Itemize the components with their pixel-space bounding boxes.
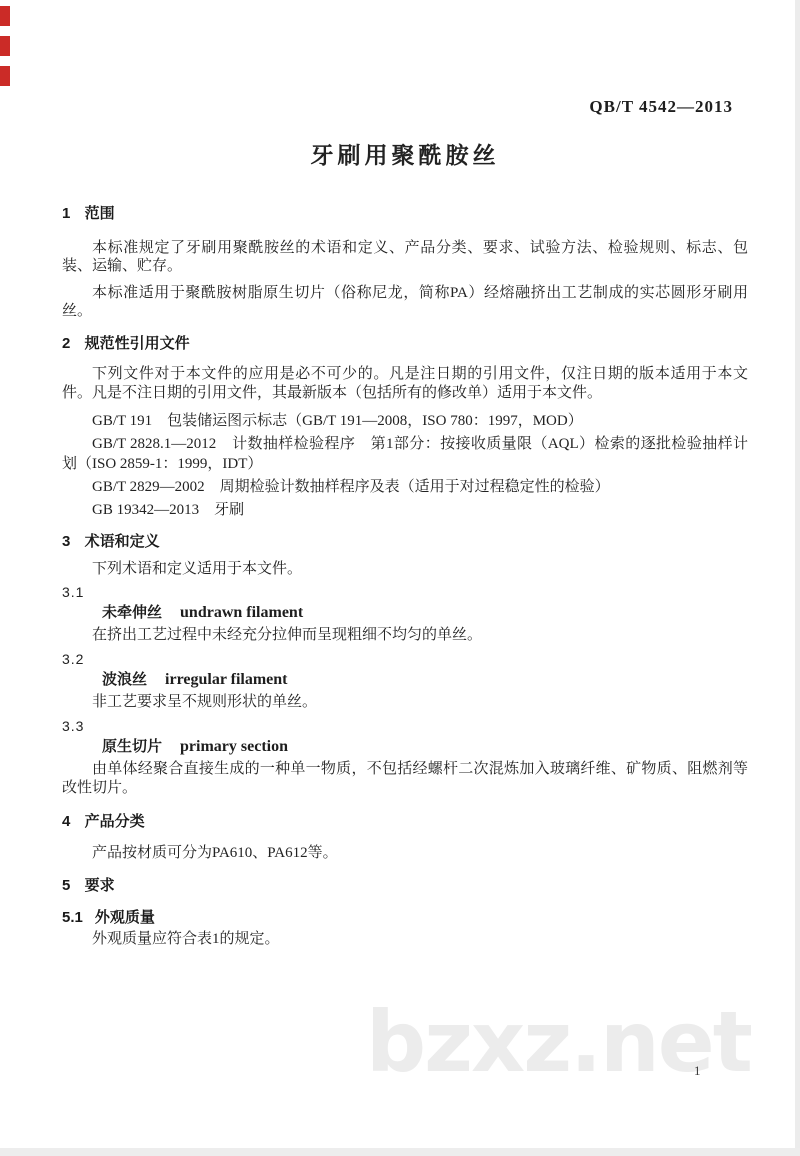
scan-edge-right (795, 0, 800, 1156)
section-number: 2 (62, 335, 70, 352)
section-label: 规范性引用文件 (85, 335, 190, 352)
reference-item: GB/T 2828.1—2012 计数抽样检验程序 第1部分：按接收质量限（AQ… (62, 434, 748, 474)
term-number: 3.3 (62, 717, 748, 735)
term-number: 3.1 (62, 583, 748, 601)
standard-code: QB/T 4542—2013 (62, 96, 733, 118)
reference-item: GB/T 2829—2002 周期检验计数抽样程序及表（适用于对过程稳定性的检验… (62, 477, 748, 497)
scope-paragraph-2: 本标准适用于聚酰胺树脂原生切片（俗称尼龙，简称PA）经熔融挤出工艺制成的实芯圆形… (62, 284, 748, 320)
scope-paragraph-1: 本标准规定了牙刷用聚酰胺丝的术语和定义、产品分类、要求、试验方法、检验规则、标志… (62, 239, 748, 275)
term-zh: 未牵伸丝 (102, 604, 162, 621)
section-heading-terms: 3术语和定义 (62, 532, 748, 552)
term-name: 未牵伸丝undrawn filament (62, 603, 748, 623)
section-heading-classification: 4产品分类 (62, 812, 748, 832)
section-heading-references: 2规范性引用文件 (62, 334, 748, 354)
document-title: 牙刷用聚酰胺丝 (62, 140, 748, 170)
subsection-number: 5.1 (62, 909, 83, 926)
document-content: QB/T 4542—2013 牙刷用聚酰胺丝 1范围 本标准规定了牙刷用聚酰胺丝… (0, 96, 800, 948)
term-en: irregular filament (165, 671, 288, 688)
page-number: 1 (694, 1063, 701, 1079)
term-en: primary section (180, 738, 288, 755)
appearance-paragraph: 外观质量应符合表1的规定。 (62, 930, 748, 948)
scan-edge-bottom (0, 1148, 800, 1156)
section-number: 5 (62, 877, 70, 894)
document-page: QB/T 4542—2013 牙刷用聚酰胺丝 1范围 本标准规定了牙刷用聚酰胺丝… (0, 0, 800, 1156)
classification-paragraph: 产品按材质可分为PA610、PA612等。 (62, 844, 748, 862)
term-name: 原生切片primary section (62, 737, 748, 757)
term-number: 3.2 (62, 650, 748, 668)
section-number: 3 (62, 533, 70, 550)
term-en: undrawn filament (180, 604, 303, 621)
section-label: 产品分类 (85, 813, 145, 830)
reference-item: GB 19342—2013 牙刷 (62, 500, 748, 520)
red-edge-mark (0, 36, 10, 56)
red-edge-mark (0, 6, 10, 26)
term-name: 波浪丝irregular filament (62, 670, 748, 690)
term-definition: 在挤出工艺过程中未经充分拉伸而呈现粗细不均匀的单丝。 (62, 626, 748, 644)
red-edge-mark (0, 66, 10, 86)
section-heading-scope: 1范围 (62, 204, 748, 224)
subsection-label: 外观质量 (95, 909, 155, 926)
term-definition: 由单体经聚合直接生成的一种单一物质，不包括经螺杆二次混炼加入玻璃纤维、矿物质、阻… (62, 760, 748, 798)
section-number: 4 (62, 813, 70, 830)
section-label: 术语和定义 (85, 533, 160, 550)
reference-item: GB/T 191 包装储运图示标志（GB/T 191—2008，ISO 780：… (62, 411, 748, 431)
section-number: 1 (62, 205, 70, 222)
section-label: 要求 (85, 877, 115, 894)
term-zh: 波浪丝 (102, 671, 147, 688)
section-label: 范围 (85, 205, 115, 222)
references-intro: 下列文件对于本文件的应用是必不可少的。凡是注日期的引用文件，仅注日期的版本适用于… (62, 365, 748, 403)
term-zh: 原生切片 (102, 738, 162, 755)
section-heading-requirements: 5要求 (62, 876, 748, 896)
term-definition: 非工艺要求呈不规则形状的单丝。 (62, 693, 748, 711)
terms-intro: 下列术语和定义适用于本文件。 (62, 560, 748, 578)
subsection-heading-appearance: 5.1外观质量 (62, 908, 748, 928)
